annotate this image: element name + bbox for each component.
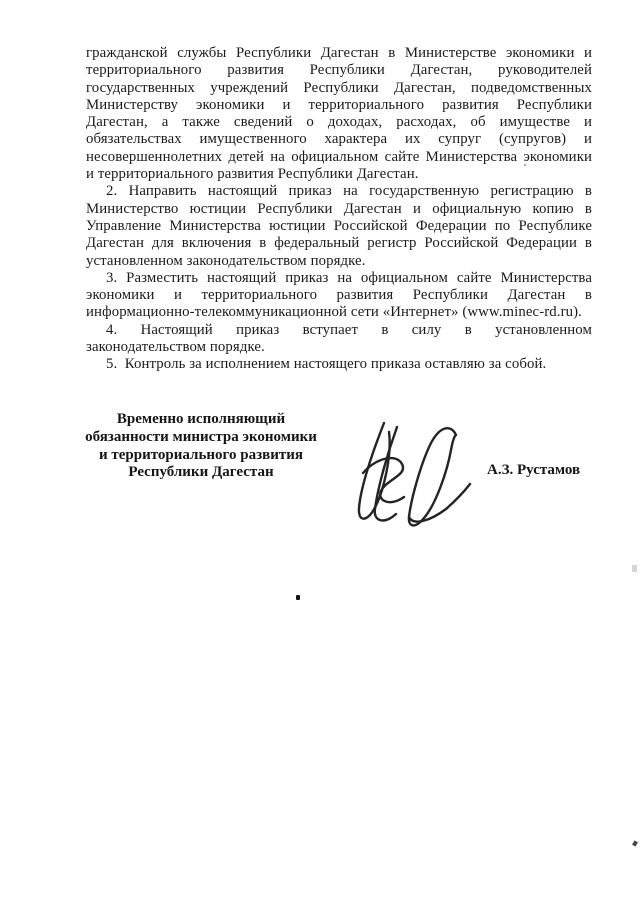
signatory-title-line: Республики Дагестан: [58, 464, 344, 482]
body-line: Министерству экономики и территориальног…: [86, 97, 592, 114]
scan-speck-artifact: [524, 159, 526, 161]
body-line: территориального развития Республики Даг…: [86, 62, 592, 79]
scanned-document-page: { "document": { "body": { "paragraphs": …: [0, 0, 640, 902]
body-line: Дагестан для включения в федеральный рег…: [86, 235, 592, 252]
body-line: экономики и территориального развития Ре…: [86, 287, 592, 304]
body-line: гражданской службы Республики Дагестан в…: [86, 45, 592, 62]
scan-speck-artifact: [632, 840, 638, 846]
scan-speck-artifact: [632, 565, 637, 572]
body-line: Министерство юстиции Республики Дагестан…: [86, 201, 592, 218]
body-line: несовершеннолетних детей на официальном …: [86, 149, 592, 166]
body-line: государственных учреждений Республики Да…: [86, 80, 592, 97]
paragraph-item-5: 5. Контроль за исполнением настоящего пр…: [86, 356, 592, 373]
body-line: 4. Настоящий приказ вступает в силу в ус…: [86, 322, 592, 339]
paragraph-item-4: 4. Настоящий приказ вступает в силу в ус…: [86, 322, 592, 357]
body-line: 2. Направить настоящий приказ на государ…: [86, 183, 592, 200]
signatory-title-line: Временно исполняющий: [58, 411, 344, 429]
document-body: гражданской службы Республики Дагестан в…: [86, 45, 592, 374]
paragraph-item-2: 2. Направить настоящий приказ на государ…: [86, 183, 592, 269]
body-line: Управление Министерства юстиции Российск…: [86, 218, 592, 235]
body-line: и территориального развития Республики Д…: [86, 166, 592, 183]
body-line: 5. Контроль за исполнением настоящего пр…: [86, 356, 592, 373]
body-line: 3. Разместить настоящий приказ на официа…: [86, 270, 592, 287]
ink-dot-artifact: [296, 595, 300, 600]
body-line: Дагестан, а также сведений о доходах, ра…: [86, 114, 592, 131]
signatory-title-block: Временно исполняющий обязанности министр…: [58, 411, 344, 482]
paragraph-continuation: гражданской службы Республики Дагестан в…: [86, 45, 592, 183]
body-line: обязательствах имущественного характера …: [86, 131, 592, 148]
signatory-name: А.З. Рустамов: [487, 462, 580, 479]
handwritten-signature: [351, 420, 479, 534]
body-line: установленном законодательством порядке.: [86, 253, 592, 270]
signatory-title-line: обязанности министра экономики: [58, 429, 344, 447]
body-line: законодательством порядке.: [86, 339, 592, 356]
signatory-title-line: и территориального развития: [58, 447, 344, 465]
paragraph-item-3: 3. Разместить настоящий приказ на официа…: [86, 270, 592, 322]
body-line: информационно-телекоммуникационной сети …: [86, 304, 592, 321]
